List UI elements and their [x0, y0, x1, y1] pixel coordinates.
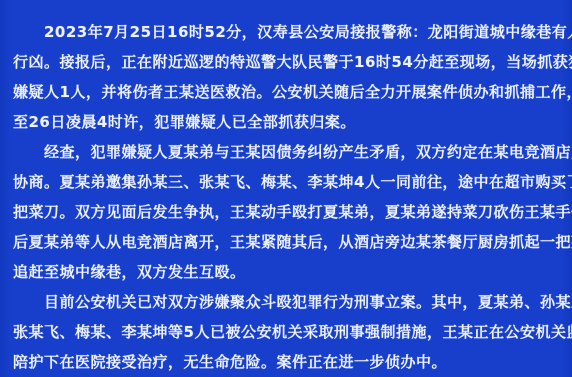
notice-text-line: 后夏某弟等人从电竞酒店离开，王某紧随其后，从酒店旁边某茶餐厅厨房抓起一把菜刀: [13, 227, 560, 257]
notice-text-line: 目前公安机关已对双方涉嫌聚众斗殴犯罪行为刑事立案。其中，夏某弟、孙某三、: [13, 287, 560, 317]
notice-text-line: 协商。夏某弟邀集孙某三、张某飞、梅某、李某坤4人一同前往，途中在超市购买了5: [13, 167, 560, 197]
notice-text-line: 经查，犯罪嫌疑人夏某弟与王某因债务纠纷产生矛盾，双方约定在某电竞酒店见面: [13, 137, 560, 167]
notice-text-line: 追赶至城中缘巷，双方发生互殴。: [13, 257, 560, 287]
notice-text-line: 把菜刀。双方见面后发生争执，王某动手殴打夏某弟，夏某弟遂持菜刀砍伤王某手臂。: [13, 197, 560, 227]
notice-text-line: 嫌疑人1人，并将伤者王某送医救治。公安机关随后全力开展案件侦办和抓捕工作，截: [13, 77, 560, 107]
notice-text-line: 至26日凌晨4时许，犯罪嫌疑人已全部抓获归案。: [13, 107, 560, 137]
notice-text-line: 行凶。接报后，正在附近巡逻的特巡警大队民警于16时54分赶至现场，当场抓获犯罪: [13, 47, 560, 77]
notice-text-line: 陪护下在医院接受治疗，无生命危险。案件正在进一步侦办中。: [13, 347, 560, 377]
notice-text-line: 张某飞、梅某、李某坤等5人已被公安机关采取刑事强制措施，王某正在公安机关监管: [13, 317, 560, 347]
notice-text-line: 2023年7月25日16时52分，汉寿县公安局接报警称：龙阳街道城中缘巷有人持刀: [13, 17, 560, 47]
police-notice: 2023年7月25日16时52分，汉寿县公安局接报警称：龙阳街道城中缘巷有人持刀…: [0, 0, 572, 377]
